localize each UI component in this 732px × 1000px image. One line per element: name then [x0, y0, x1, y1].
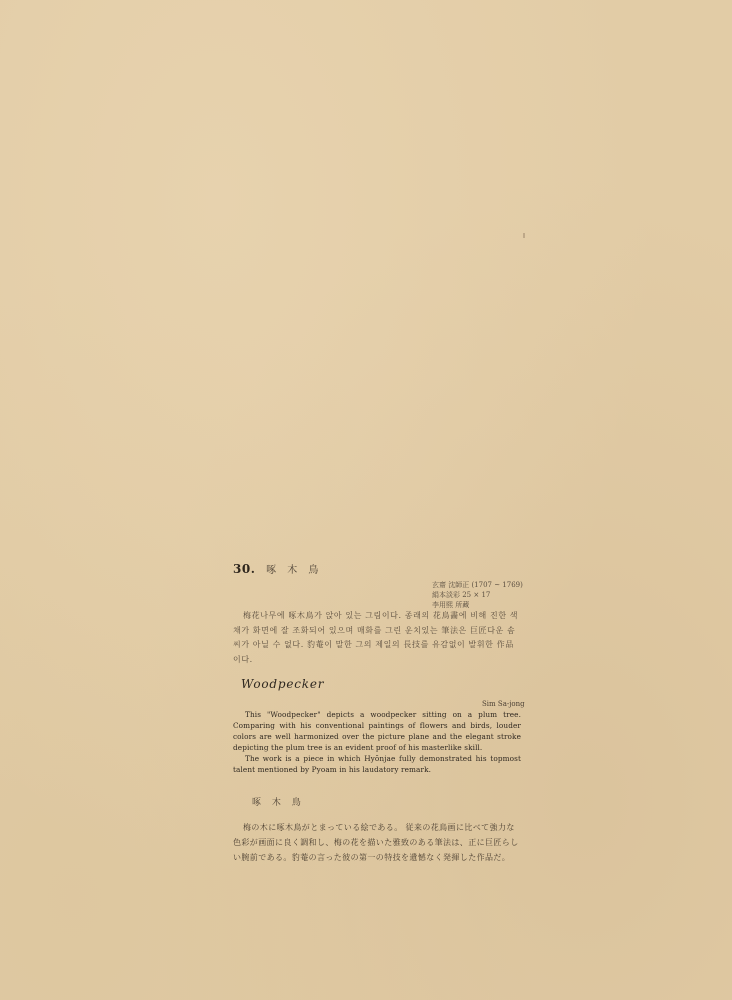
korean-description: 梅花나무에 啄木鳥가 앉아 있는 그림이다. 종래의 花鳥畵에 비해 진한 색채…: [233, 609, 521, 667]
paper-blemish: [523, 233, 525, 238]
english-description: This "Woodpecker" depicts a woodpecker s…: [233, 709, 521, 775]
catalog-page: 30. 啄 木 鳥 玄齋 沈師正 (1707 ~ 1769) 絹本淡彩 25 ×…: [0, 0, 732, 1000]
entry-heading: 30. 啄 木 鳥: [233, 561, 322, 576]
japanese-description: 梅の木に啄木鳥がとまっている絵である。 従来の花鳥画に比べて強力な色彩が画面に良…: [233, 820, 521, 865]
japanese-title: 啄 木 鳥: [252, 795, 305, 808]
english-title: Woodpecker: [241, 677, 324, 691]
artist-line: 玄齋 沈師正 (1707 ~ 1769): [432, 580, 523, 590]
english-paragraph-1: This "Woodpecker" depicts a woodpecker s…: [233, 709, 521, 753]
entry-title-hanja: 啄 木 鳥: [266, 565, 322, 576]
entry-number: 30.: [233, 562, 255, 576]
english-author: Sim Sa-jong: [482, 700, 525, 708]
english-paragraph-2: The work is a piece in which Hyŏnjae ful…: [233, 753, 521, 775]
artwork-metadata: 玄齋 沈師正 (1707 ~ 1769) 絹本淡彩 25 × 17 李用熙 所藏: [432, 580, 523, 610]
medium-size-line: 絹本淡彩 25 × 17: [432, 590, 523, 600]
